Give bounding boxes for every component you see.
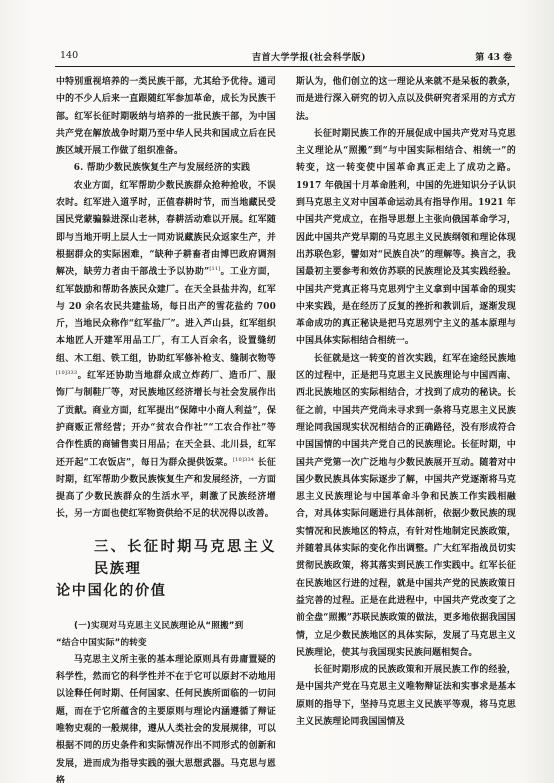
section-title-line-1: 三、长征时期马克思主义民族理	[56, 536, 276, 580]
paragraph: 长征时期民族工作的开展促成中国共产党对马克思主义理论从“照搬”到“与中国实际相结…	[296, 126, 516, 351]
left-column: 中特别重视培养的一类民族干部，尤其给予优待。通司中的不少人后来一直跟随红军参加革…	[56, 74, 276, 783]
citation: [10]333	[56, 370, 77, 376]
volume-label: 第 43 卷	[475, 50, 512, 63]
citation: [11]	[209, 266, 220, 272]
subsection-title-line-2: “结合中国实际”的转变	[56, 638, 147, 648]
header-rule	[55, 66, 515, 67]
text-run: 。工业方面，红军鼓励和帮助各族民众建厂。在天全县盐井沟，红军与 20 余名农民共…	[56, 267, 276, 363]
journal-title: 吉首大学学报(社会科学版)	[252, 50, 366, 63]
paragraph: 长征时期形成的民族政策和开展民族工作的经验，是中国共产党在马克思主义唯物辩证法和…	[296, 662, 516, 731]
section-title: 三、长征时期马克思主义民族理 论中国化的价值	[56, 536, 276, 602]
text-run: 。红军还协助当地群众成立炸药厂、造币厂、服饰厂与制鞋厂等，对民族地区经济增长与社…	[56, 371, 276, 467]
paragraph: 马克思主义所主张的基本理论原则具有毋庸置疑的科学性，然而它的科学性并不在于它可以…	[56, 652, 276, 783]
paragraph: 斯认为，他们创立的这一理论从来就不是呆板的教条，而是进行深入研究的切入点以及供研…	[296, 74, 516, 126]
paragraph: 中特别重视培养的一类民族干部，尤其给予优待。通司中的不少人后来一直跟随红军参加革…	[56, 74, 276, 160]
journal-page: 140 吉首大学学报(社会科学版) 第 43 卷 中特别重视培养的一类民族干部，…	[0, 0, 554, 783]
text-run: 农业方面，红军帮助少数民族群众抢种抢收，不误农时。红军进入道孚时，正值春耕时节，…	[56, 181, 276, 277]
running-header: 140 吉首大学学报(社会科学版) 第 43 卷	[52, 50, 512, 64]
subsection-title: (一)实现对马克思主义民族理论从“照搬”到 “结合中国实际”的转变	[56, 618, 276, 652]
section-title-line-2: 论中国化的价值	[56, 583, 167, 599]
subheading-6: 6. 帮助少数民族恢复生产与发展经济的实践	[56, 160, 276, 177]
citation: [10]334	[233, 457, 254, 463]
subsection-title-line-1: (一)实现对马克思主义民族理论从“照搬”到	[56, 618, 276, 635]
paragraph-economy: 农业方面，红军帮助少数民族群众抢种抢收，不误农时。红军进入道孚时，正值春耕时节，…	[56, 178, 276, 524]
paragraph: 长征就是这一转变的首次实践，红军在途经民族地区的过程中，正是把马克思主义民族理论…	[296, 351, 516, 662]
page-number: 140	[60, 50, 78, 61]
right-column: 斯认为，他们创立的这一理论从来就不是呆板的教条，而是进行深入研究的切入点以及供研…	[296, 74, 516, 731]
